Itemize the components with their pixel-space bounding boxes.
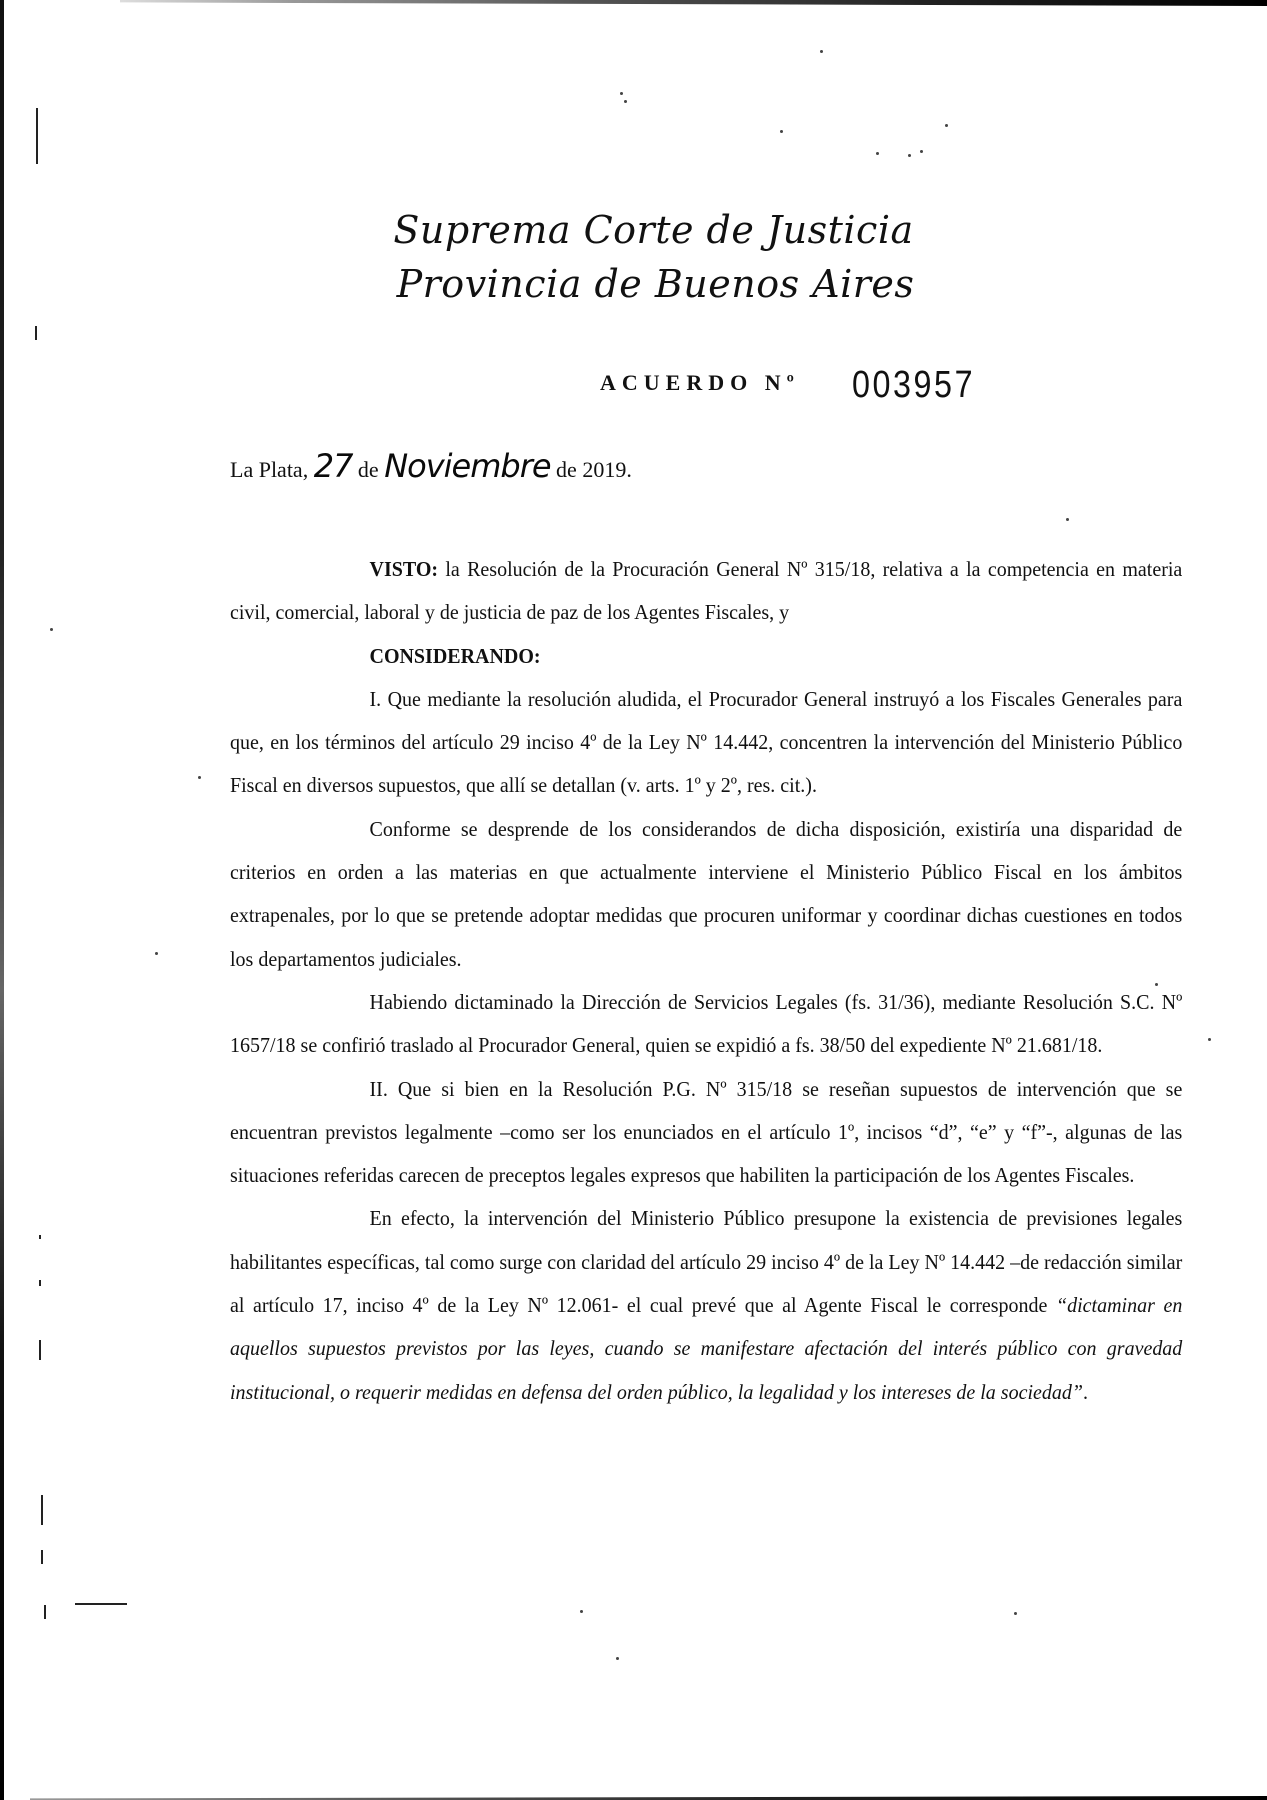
scan-speck (1014, 1612, 1017, 1615)
margin-mark (36, 108, 38, 164)
visto-paragraph: VISTO: la Resolución de la Procuración G… (230, 548, 1182, 635)
date-de: de (556, 457, 577, 482)
scan-speck (780, 130, 783, 133)
margin-mark (41, 1495, 43, 1525)
scan-speck (920, 150, 923, 153)
scan-speck (620, 92, 623, 95)
scan-speck (876, 152, 879, 155)
margin-mark (39, 1340, 41, 1360)
dateline: La Plata, 27 de Noviembre de 2019. (230, 447, 632, 485)
paragraph-3: Habiendo dictaminado la Dirección de Ser… (230, 981, 1182, 1068)
scan-speck (908, 154, 911, 157)
scan-edge-left (0, 0, 4, 1800)
document-body: VISTO: la Resolución de la Procuración G… (230, 548, 1182, 1414)
scan-speck (945, 124, 948, 127)
margin-mark (41, 1550, 43, 1564)
scan-speck (616, 1657, 619, 1660)
scan-speck (1066, 518, 1069, 521)
scan-speck (1208, 1038, 1211, 1041)
letterhead-province: Provincia de Buenos Aires (22, 262, 1267, 306)
paragraph-5: En efecto, la intervención del Ministeri… (230, 1197, 1182, 1413)
paragraph-2: Conforme se desprende de los considerand… (230, 808, 1182, 981)
margin-mark (75, 1603, 127, 1605)
scan-speck (624, 100, 627, 103)
date-de: de (358, 457, 379, 482)
margin-mark (44, 1605, 46, 1619)
paragraph-1: I. Que mediante la resolución aludida, e… (230, 678, 1182, 808)
date-place: La Plata, (230, 457, 308, 482)
paragraph-5-text: En efecto, la intervención del Ministeri… (230, 1206, 1182, 1317)
letterhead-court-name: Suprema Corte de Justicia (20, 208, 1267, 252)
paragraph-5-end: . (1083, 1380, 1088, 1404)
scan-speck (155, 952, 158, 955)
acuerdo-label: ACUERDO Nº (600, 370, 800, 396)
acuerdo-number-stamp: 003957 (852, 364, 975, 407)
scanned-document-page: Suprema Corte de Justicia Provincia de B… (0, 0, 1267, 1800)
visto-label: VISTO: (370, 557, 439, 581)
scan-speck (820, 50, 823, 53)
margin-mark (35, 326, 37, 340)
scan-speck (198, 776, 201, 779)
margin-mark (39, 1235, 41, 1239)
scan-speck (50, 628, 53, 631)
paragraph-4: II. Que si bien en la Resolución P.G. Nº… (230, 1068, 1182, 1198)
scan-edge-top (120, 0, 1267, 6)
date-year: 2019. (582, 457, 632, 482)
scan-speck (580, 1610, 583, 1613)
handwritten-month: Noviembre (384, 447, 550, 485)
considerando-heading: CONSIDERANDO: (230, 635, 1182, 678)
margin-mark (39, 1280, 41, 1286)
scan-edge-bottom (30, 1796, 1267, 1800)
handwritten-day: 27 (314, 447, 353, 485)
